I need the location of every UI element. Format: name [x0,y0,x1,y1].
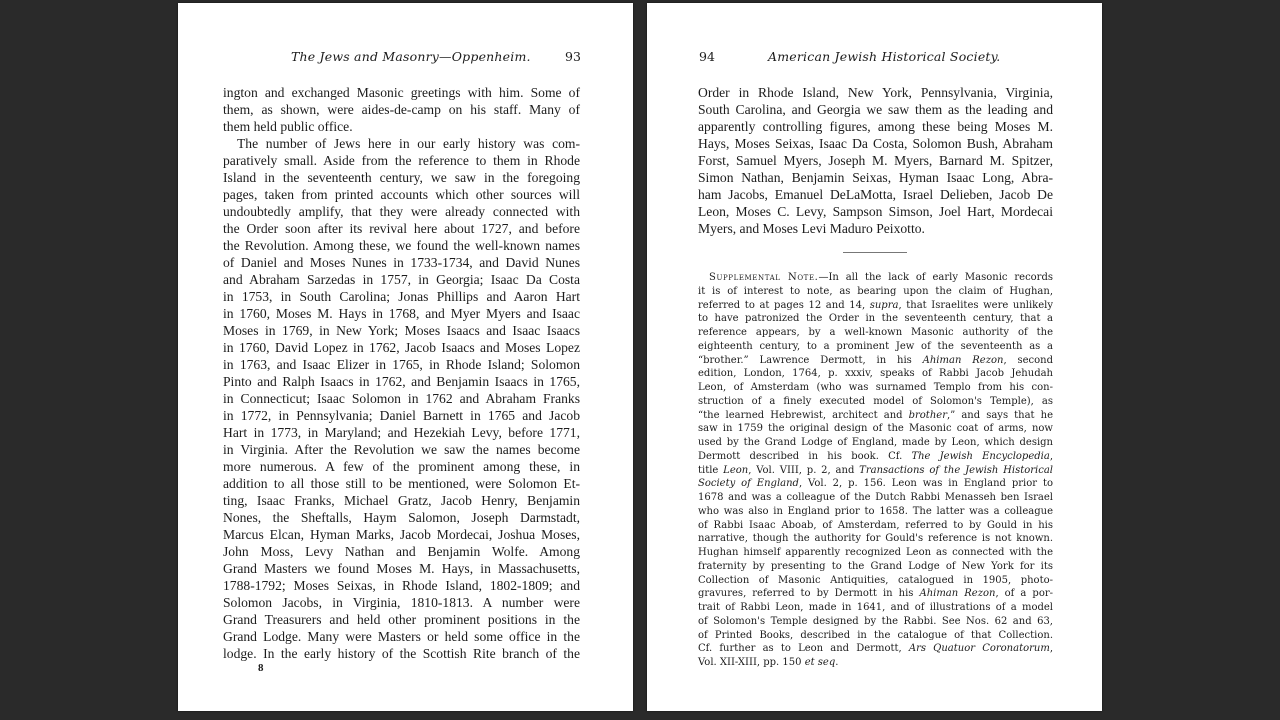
text-line: ington and exchanged Masonic greetings w… [223,84,580,101]
left-page: The Jews and Masonry—Oppenheim. 93 ingto… [178,3,633,711]
text-line: pages, taken from printed accounts which… [223,186,580,203]
text-line: gravures, referred to by Dermott in his … [698,587,1053,601]
text-line: title Leon, Vol. VIII, p. 2, and Transac… [698,464,1053,478]
text-line: Simon Nathan, Benjamin Seixas, Hyman Isa… [698,169,1053,186]
text-line: Solomon Jacobs, in Virginia, 1810-1813. … [223,594,580,611]
text-line: Cf. further as to Leon and Dermott, Ars … [698,642,1053,656]
text-line: ham Jacobs, Emanuel DeLaMotta, Israel De… [698,186,1053,203]
text-line: who was also in England prior to 1658. T… [698,505,1053,519]
text-line: used by the Grand Lodge of England, made… [698,436,1053,450]
body-text: Order in Rhode Island, New York, Pennsyl… [698,84,1053,237]
text-line: 1678 and was a colleague of the Dutch Ra… [698,491,1053,505]
text-line: Grand Treasurers and held other prominen… [223,611,580,628]
supplemental-note: Supplemental Note.—In all the lack of ea… [698,271,1053,670]
section-divider [843,252,907,253]
text-line: in 1753, in South Carolina; Jonas Philli… [223,288,580,305]
text-line: narrative, though the authority for Goul… [698,532,1053,546]
text-line: ting, Isaac Franks, Michael Gratz, Jacob… [223,492,580,509]
text-line: Nones, the Sheftalls, Haym Salomon, Jose… [223,509,580,526]
text-line: The number of Jews here in our early his… [223,135,580,152]
running-head-title: American Jewish Historical Society. [768,50,1000,64]
text-line: Forst, Samuel Myers, Joseph M. Myers, Ba… [698,152,1053,169]
running-head-title: The Jews and Masonry—Oppenheim. [291,50,531,64]
text-line: and Abraham Sarzedas in 1757, in Georgia… [223,271,580,288]
note-heading: Supplemental Note. [709,272,818,283]
text-line: them, as shown, were aides-de-camp on hi… [223,101,580,118]
body-text: ington and exchanged Masonic greetings w… [223,84,580,662]
text-line: of Daniel and Moses Nunes in 1733-1734, … [223,254,580,271]
text-line: in 1763, and Isaac Elizer in 1765, in Rh… [223,356,580,373]
text-line: Supplemental Note.—In all the lack of ea… [698,271,1053,285]
text-line: of Rabbi Isaac Aboab, of Amsterdam, refe… [698,519,1053,533]
signature-mark: 8 [258,662,264,674]
text-line: Grand Lodge. Many were Masters or held s… [223,628,580,645]
text-line: saw in 1759 the original design of the M… [698,422,1053,436]
text-line: Island in the seventeenth century, we sa… [223,169,580,186]
text-line: lodge. In the early history of the Scott… [223,645,580,662]
text-line: in 1772, in Pennsylvania; Daniel Barnett… [223,407,580,424]
text-line: Hughan himself apparently recognized Leo… [698,546,1053,560]
text-line: “brother.” Lawrence Dermott, in his Ahim… [698,354,1053,368]
text-line: struction of a finely executed model of … [698,395,1053,409]
text-line: “the learned Hebrewist, architect and br… [698,409,1053,423]
text-line: South Carolina, and Georgia we saw them … [698,101,1053,118]
text-line: apparently controlling figures, among th… [698,118,1053,135]
text-line: them held public office. [223,118,580,135]
text-line: Hart in 1773, in Maryland; and Hezekiah … [223,424,580,441]
text-line: Hays, Moses Seixas, Isaac Da Costa, Solo… [698,135,1053,152]
text-line: Collection of Masonic Antiquities, catal… [698,574,1053,588]
text-line: fraternity by presenting to the Grand Lo… [698,560,1053,574]
text-line: in Connecticut; Isaac Solomon in 1762 an… [223,390,580,407]
text-line: in 1760, David Lopez in 1762, Jacob Isaa… [223,339,580,356]
text-line: John Moss, Levy Nathan and Benjamin Wolf… [223,543,580,560]
text-line: the Revolution. Among these, we found th… [223,237,580,254]
text-line: addition to all those still to be mentio… [223,475,580,492]
text-line: eighteenth century, to a prominent Jew o… [698,340,1053,354]
text-line: 1788-1792; Moses Seixas, in Rhode Island… [223,577,580,594]
text-line: paratively small. Aside from the referen… [223,152,580,169]
text-line: reference appears, by a well-known Mason… [698,326,1053,340]
text-line: Pinto and Ralph Isaacs in 1762, and Benj… [223,373,580,390]
text-line: referred to at pages 12 and 14, supra, t… [698,299,1053,313]
text-line: Order in Rhode Island, New York, Pennsyl… [698,84,1053,101]
text-line: of Printed Books, described in the catal… [698,629,1053,643]
text-line: Moses in 1769, in New York; Moses Isaacs… [223,322,580,339]
text-line: Vol. XII-XIII, pp. 150 et seq. [698,656,1053,670]
page-number: 93 [565,50,581,64]
text-line: Dermott described in his book. Cf. The J… [698,450,1053,464]
text-line: of Solomon's Temple designed by the Rabb… [698,615,1053,629]
text-line: Leon, of Amsterdam (who was surnamed Tem… [698,381,1053,395]
text-line: it is of interest to note, as bearing up… [698,285,1053,299]
text-line: Society of England, Vol. 2, p. 156. Leon… [698,477,1053,491]
text-line: in Virginia. After the Revolution we saw… [223,441,580,458]
text-line: in 1760, Moses M. Hays in 1768, and Myer… [223,305,580,322]
text-line: to have patronized the Order in the seve… [698,312,1053,326]
text-line: trait of Rabbi Leon, made in 1641, and o… [698,601,1053,615]
page-number: 94 [699,50,715,64]
text-line: Myers, and Moses Levi Maduro Peixotto. [698,220,1053,237]
text-line: undoubtedly amplify, that they were alre… [223,203,580,220]
text-line: the Order soon after its revival here ab… [223,220,580,237]
right-page: 94 American Jewish Historical Society. O… [647,3,1102,711]
text-line: Marcus Elcan, Hyman Marks, Jacob Mordeca… [223,526,580,543]
text-line: Leon, Moses C. Levy, Sampson Simson, Joe… [698,203,1053,220]
text-line: edition, London, 1764, p. xxxiv, speaks … [698,367,1053,381]
text-line: more numerous. A few of the prominent am… [223,458,580,475]
text-line: Grand Masters we found Moses M. Hays, in… [223,560,580,577]
